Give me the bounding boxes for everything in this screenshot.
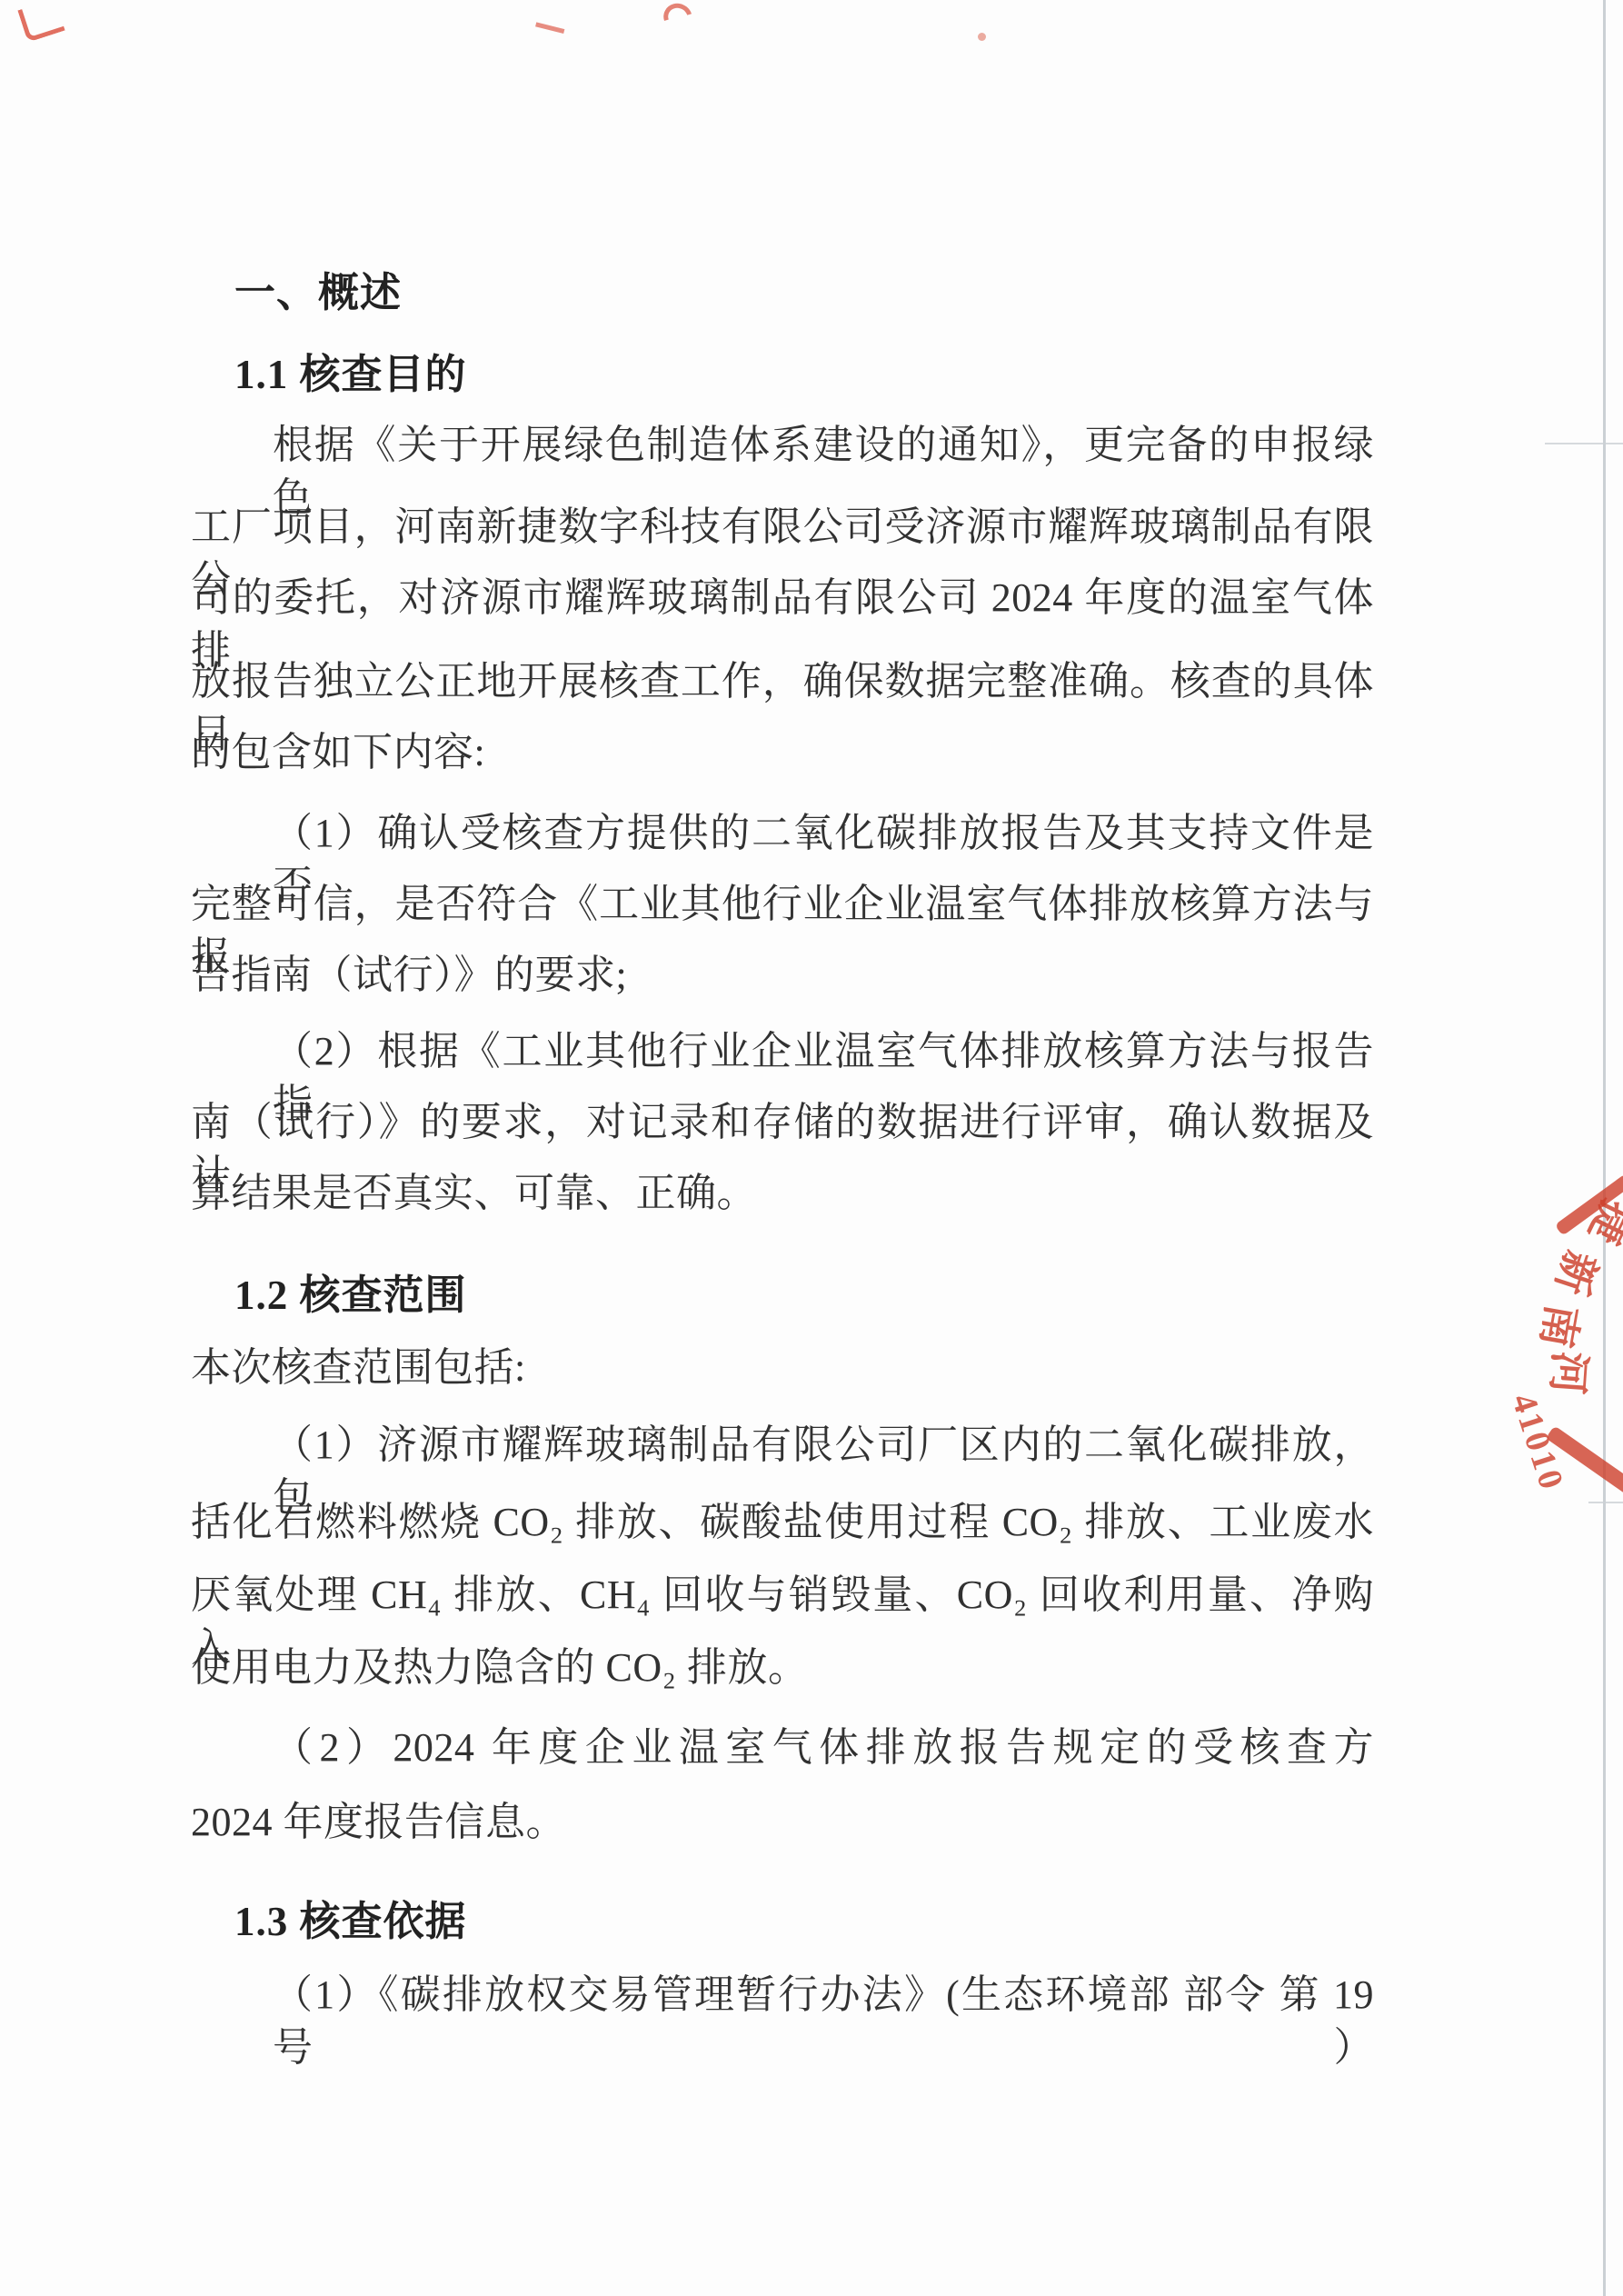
- red-mark: [17, 0, 65, 43]
- seal-character: 捷: [1577, 1191, 1623, 1256]
- doc-line: 根据《关于开展绿色制造体系建设的通知》，更完备的申报绿色: [273, 419, 1374, 472]
- doc-line: 厌氧处理 CH₄ 排放、CH₄ 回收与销毁量、CO₂ 回收利用量、净购入: [191, 1569, 1374, 1622]
- heading-1-2-scope: 1.2 核查范围: [234, 1269, 467, 1322]
- red-mark: [978, 33, 986, 41]
- doc-line: 的包含如下内容:: [191, 726, 485, 779]
- doc-line: （1）济源市耀辉玻璃制品有限公司厂区内的二氧化碳排放，包: [273, 1419, 1374, 1472]
- doc-line: 工厂项目，河南新捷数字科技有限公司受济源市耀辉玻璃制品有限公: [191, 501, 1374, 554]
- heading-1-3-basis: 1.3 核查依据: [234, 1895, 467, 1948]
- scan-edge-line: [1603, 0, 1606, 2296]
- seal-character: 南: [1528, 1301, 1596, 1353]
- document-page: 一、概述 1.1 核查目的 根据《关于开展绿色制造体系建设的通知》，更完备的申报…: [0, 0, 1623, 2296]
- scan-artifact-line: [1588, 1502, 1623, 1503]
- doc-line: 算结果是否真实、可靠、正确。: [191, 1167, 757, 1220]
- doc-line: 本次核查范围包括:: [191, 1342, 526, 1394]
- doc-line: 括化石燃料燃烧 CO₂ 排放、碳酸盐使用过程 CO₂ 排放、工业废水: [191, 1496, 1374, 1549]
- doc-line: 司的委托，对济源市耀辉玻璃制品有限公司 2024 年度的温室气体排: [191, 572, 1374, 624]
- section-heading-overview: 一、概述: [234, 266, 402, 319]
- doc-line: 完整可信，是否符合《工业其他行业企业温室气体排放核算方法与报: [191, 878, 1374, 931]
- doc-line: 放报告独立公正地开展核查工作，确保数据完整准确。核查的具体目: [191, 655, 1374, 708]
- doc-line: 使用电力及热力隐含的 CO₂ 排放。: [191, 1642, 808, 1694]
- doc-line: （2）2024 年度企业温室气体排放报告规定的受核查方: [273, 1722, 1374, 1774]
- red-mark: [659, 0, 697, 36]
- red-mark: [533, 22, 565, 42]
- doc-line: （1）《碳排放权交易管理暂行办法》(生态环境部 部令 第 19 号）: [273, 1969, 1374, 2021]
- scan-artifact-line: [1545, 443, 1623, 444]
- doc-line: （2）根据《工业其他行业企业温室气体排放核算方法与报告指: [273, 1025, 1374, 1078]
- doc-line: 2024 年度报告信息。: [191, 1796, 566, 1849]
- doc-line: 告指南（试行）》的要求;: [191, 949, 627, 1002]
- heading-1-1-purpose: 1.1 核查目的: [234, 348, 467, 401]
- doc-line: （1）确认受核查方提供的二氧化碳排放报告及其支持文件是否: [273, 807, 1374, 860]
- seal-character: 河: [1539, 1350, 1603, 1397]
- doc-line: 南（试行）》的要求，对记录和存储的数据进行评审，确认数据及计: [191, 1096, 1374, 1149]
